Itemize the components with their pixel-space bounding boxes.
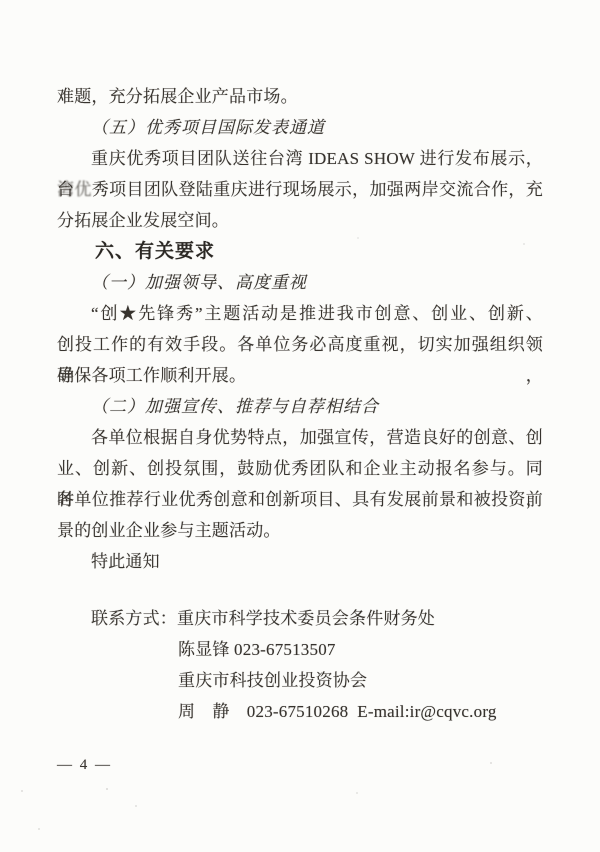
document-line: “创★先锋秀”主题活动是推进我市创意、创业、创新、: [57, 298, 543, 329]
section-heading-6: 六、有关要求: [57, 236, 543, 267]
document-line: 分拓展企业发展空间。: [57, 205, 543, 236]
document-line: 重庆优秀项目团队送往台湾 IDEAS SHOW 进行发布展示，台: [57, 143, 543, 174]
document-line: 湾优秀项目团队登陆重庆进行现场展示，加强两岸交流合作，充: [57, 174, 543, 205]
scan-noise: [21, 790, 23, 792]
document-line-text: 秀项目团队登陆重庆进行现场展示，加强两岸交流合作，充: [92, 180, 543, 199]
contact-line: 重庆市科技创业投资协会: [57, 665, 543, 696]
document-line: 各单位根据自身优势特点，加强宣传，营造良好的创意、创: [57, 422, 543, 453]
subsection-heading-1: （一）加强领导、高度重视: [57, 267, 543, 298]
contact-line: 陈显锋 023-67513507: [57, 634, 543, 665]
document-line: 景的创业企业参与主题活动。: [57, 515, 543, 546]
closing-line: 特此通知: [57, 546, 543, 577]
document-line: 业、创新、创投氛围，鼓励优秀团队和企业主动报名参与。同时，: [57, 453, 543, 484]
document-line: 各单位推荐行业优秀创意和创新项目、具有发展前景和被投资前: [57, 484, 543, 515]
document-page: 难题，充分拓展企业产品市场。 （五）优秀项目国际发表通道 重庆优秀项目团队送往台…: [0, 0, 600, 852]
document-line: 难题，充分拓展企业产品市场。: [57, 81, 543, 112]
page-number: — 4 —: [57, 753, 112, 777]
section-heading-5: （五）优秀项目国际发表通道: [57, 112, 543, 143]
subsection-heading-2: （二）加强宣传、推荐与自荐相结合: [57, 391, 543, 422]
document-line: 创投工作的有效手段。各单位务必高度重视，切实加强组织领导，: [57, 329, 543, 360]
document-body: 难题，充分拓展企业产品市场。 （五）优秀项目国际发表通道 重庆优秀项目团队送往台…: [57, 81, 543, 727]
contact-line: 周 静 023-67510268 E-mail:ir@cqvc.org: [57, 696, 543, 727]
contact-header-line: 联系方式：重庆市科学技术委员会条件财务处: [57, 603, 543, 634]
smudged-text: 湾优: [57, 180, 92, 199]
